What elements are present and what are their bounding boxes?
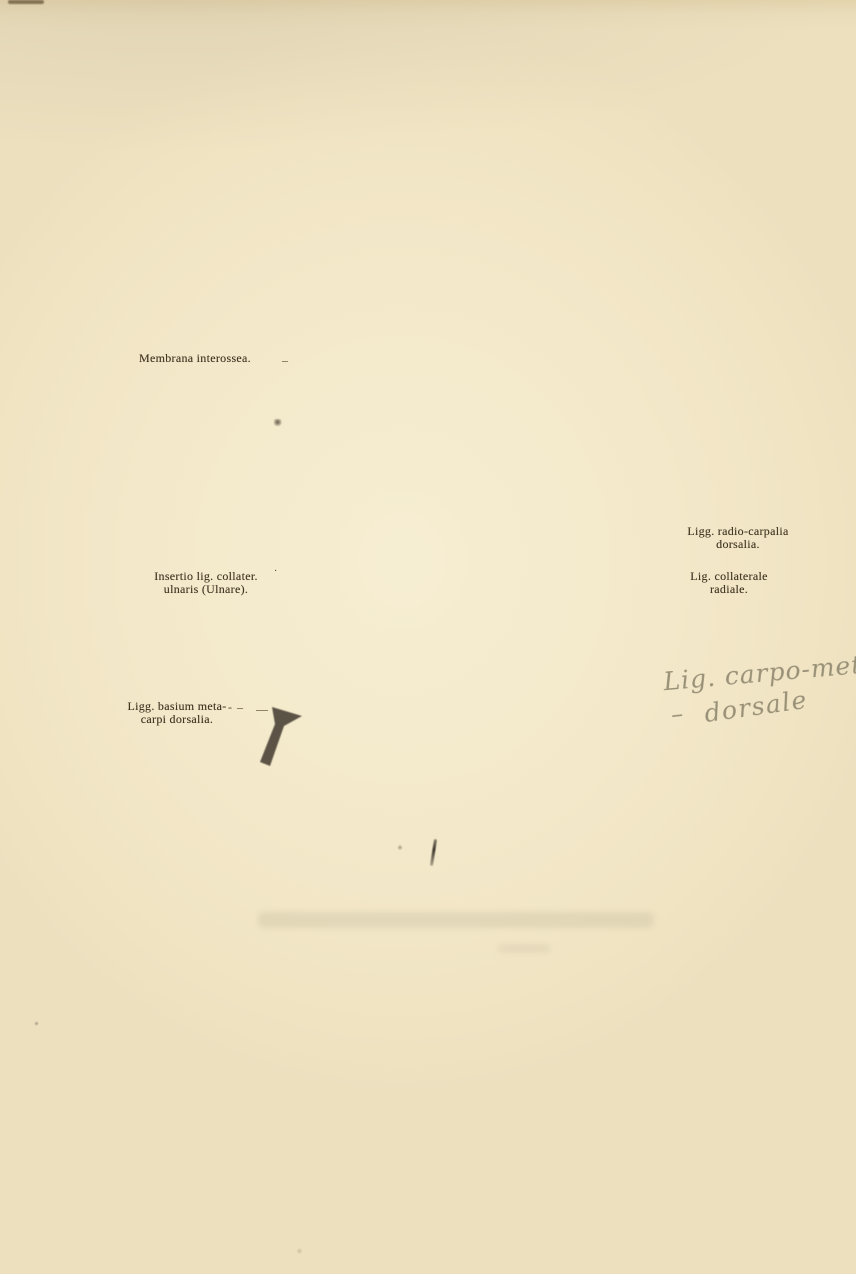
label-membrana-interossea: Membrana interossea.: [139, 352, 251, 365]
label-radio-carpalia-line2: dorsalia.: [681, 538, 795, 551]
page-edge-mark: [8, 0, 44, 4]
leader-dot-insertio: ·: [274, 566, 278, 577]
handwritten-annotation-line1: Lig. carpo-metacar: [662, 645, 856, 696]
paper-speck: [296, 1248, 303, 1254]
ghost-text-smudge: [258, 912, 654, 928]
handwritten-annotation-dash: –: [670, 699, 685, 728]
label-ligg-basium-metacarpi: Ligg. basium meta- carpi dorsalia.: [109, 700, 245, 726]
scanned-book-page: { "page": { "description": "Faded anatom…: [0, 0, 856, 1274]
label-ligg-radio-carpalia-dorsalia: Ligg. radio-carpalia dorsalia.: [681, 525, 795, 551]
paper-speck: [34, 1021, 39, 1026]
faded-stroke-mark: [430, 839, 437, 866]
leader-dashes-basium: - –: [228, 700, 244, 715]
label-insertio-lig-collater-ulnaris: Insertio lig. collater. ulnaris (Ulnare)…: [149, 570, 263, 596]
label-collaterale-line2: radiale.: [681, 583, 777, 596]
ink-wedge-mark: [248, 700, 308, 780]
faded-dot-mark: [397, 845, 403, 850]
label-membrana-text: Membrana interossea.: [139, 351, 251, 365]
label-basium-line2: carpi dorsalia.: [109, 713, 245, 726]
ink-speck: [274, 419, 282, 426]
label-lig-collaterale-radiale: Lig. collaterale radiale.: [681, 570, 777, 596]
label-insertio-line2: ulnaris (Ulnare).: [149, 583, 263, 596]
ghost-text-smudge: [498, 944, 550, 953]
leader-line-membrana: –: [282, 353, 289, 368]
